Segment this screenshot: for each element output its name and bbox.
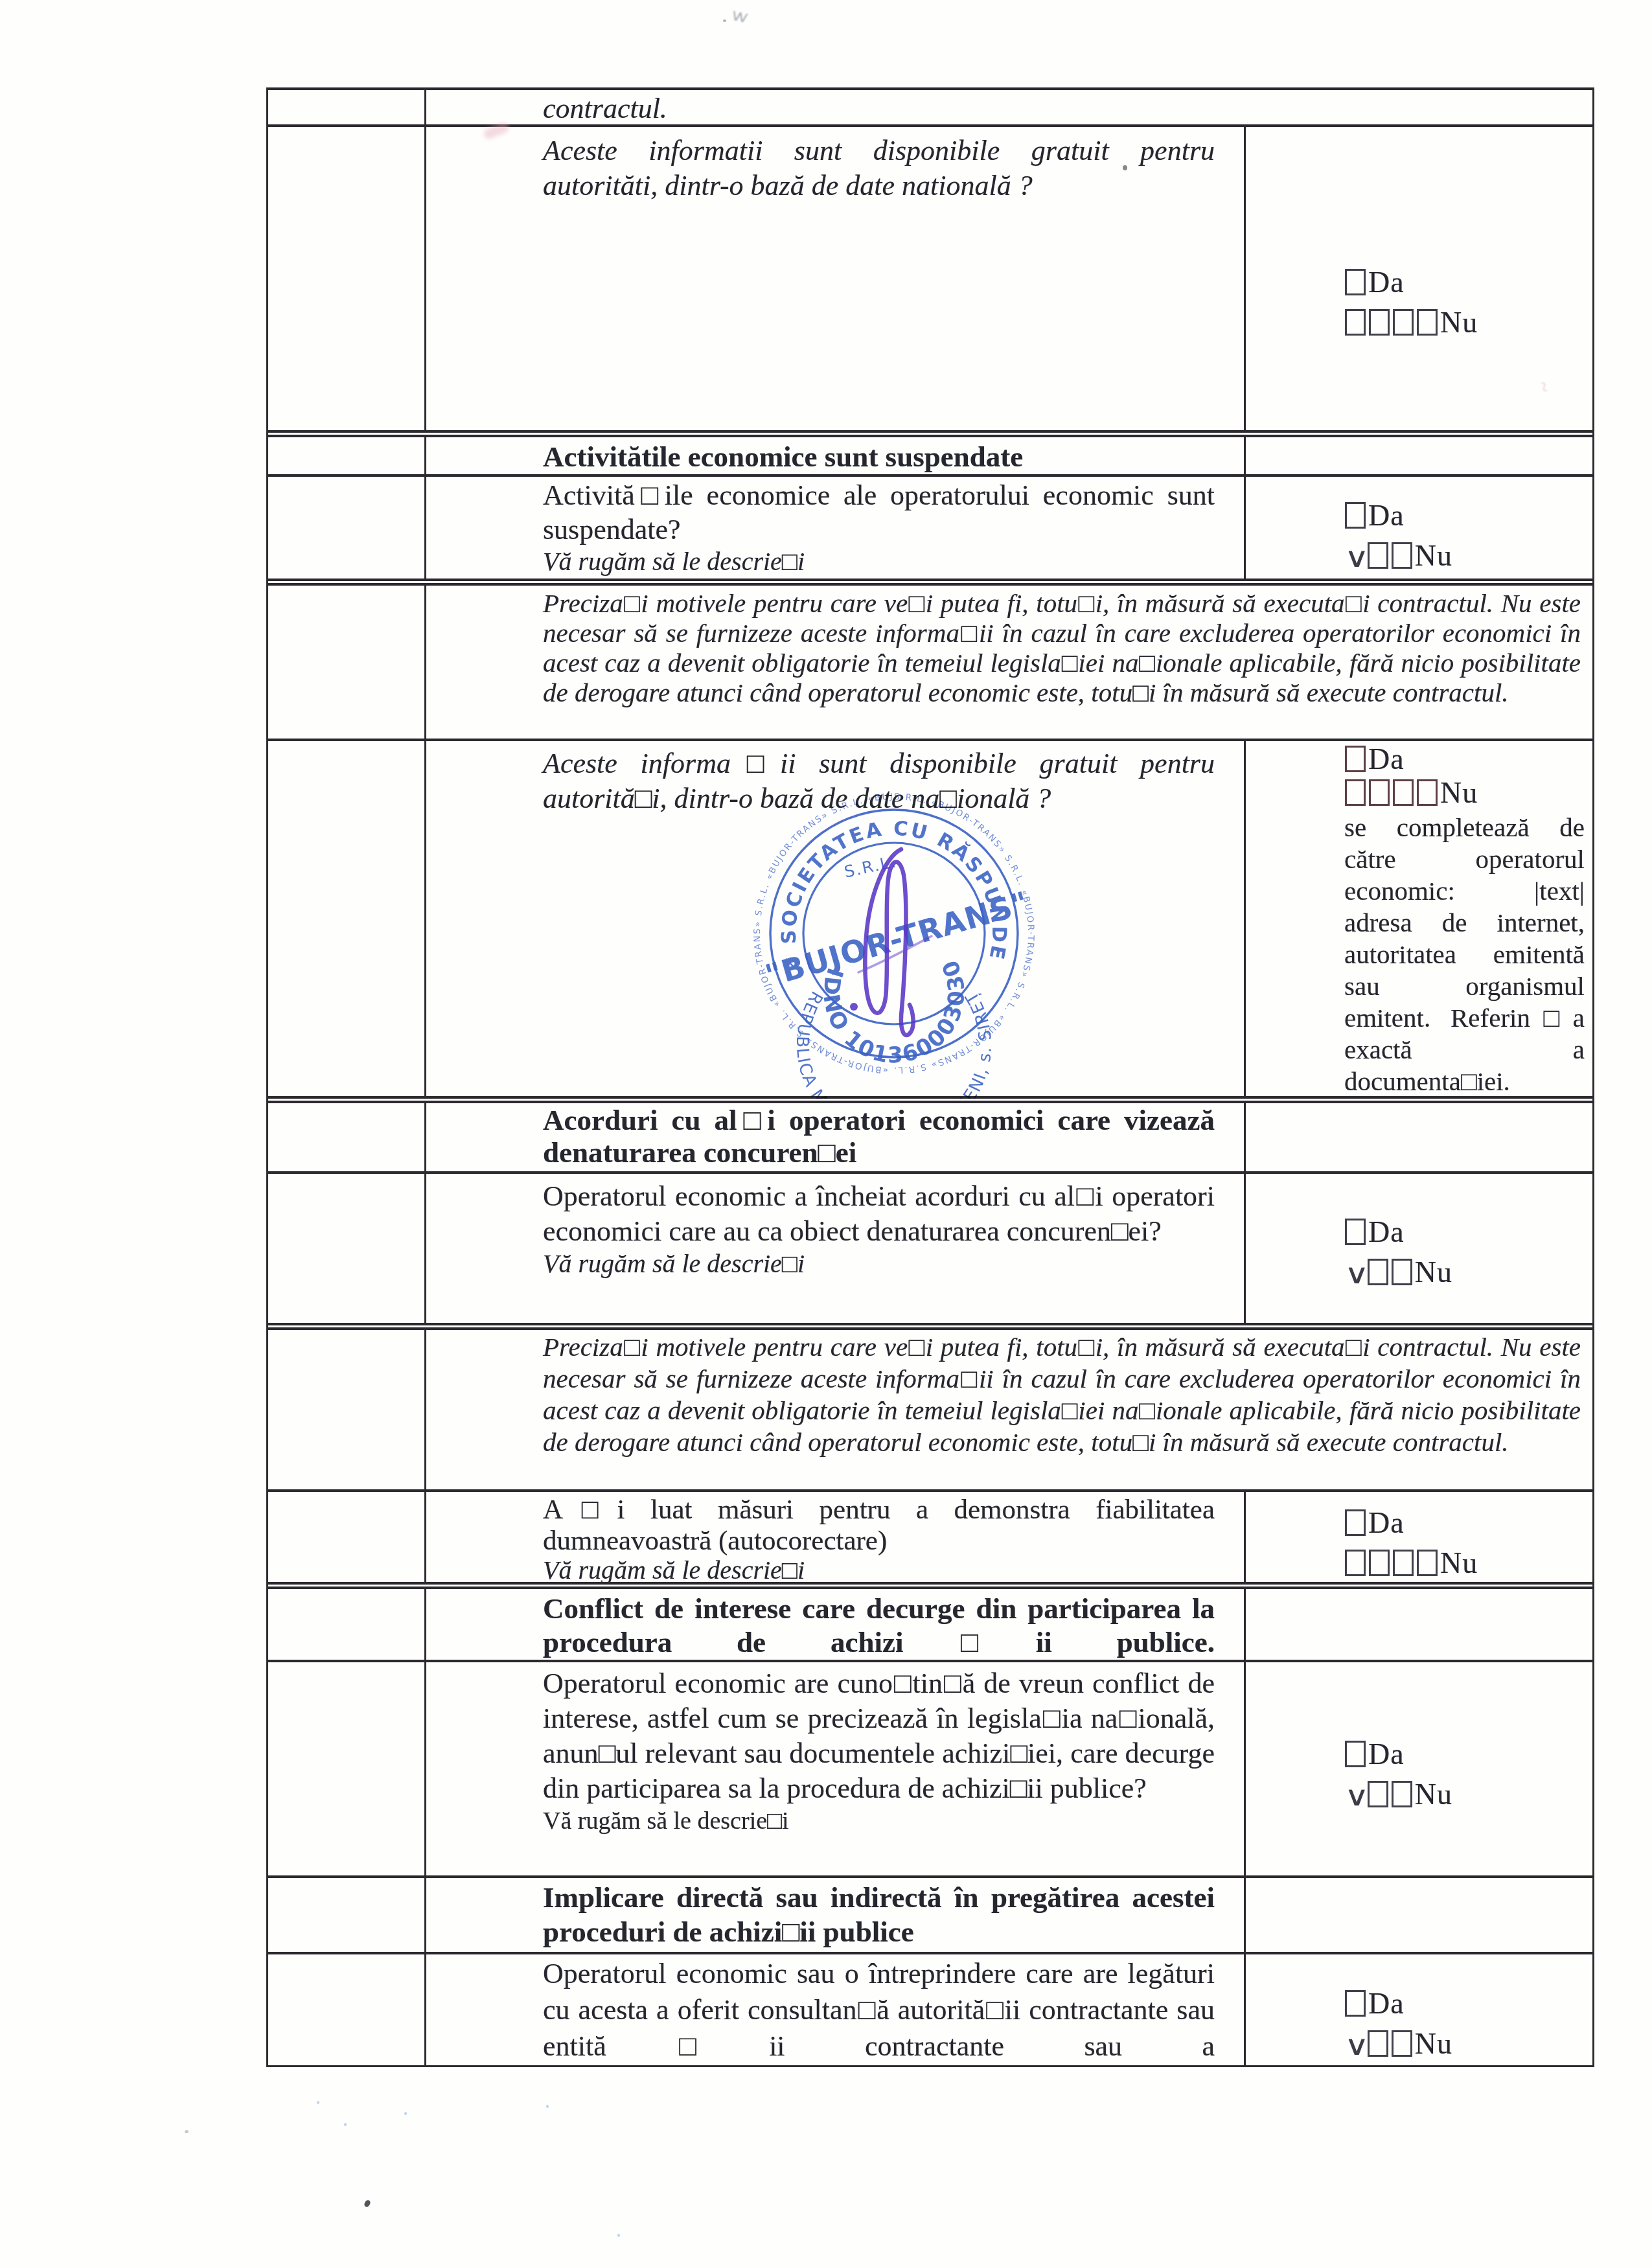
answer-cell: Da∨Nu (1246, 1174, 1592, 1323)
check-mark: ∨ (1344, 538, 1369, 577)
question-text: Operatorul economic sau o întreprindere … (543, 1956, 1215, 2065)
answer-label: Nu (1415, 2027, 1452, 2060)
checkbox (1417, 309, 1438, 336)
table-row: Conflict de interese care decurge din pa… (268, 1582, 1592, 1660)
checkbox (1345, 746, 1366, 772)
row-number-cell (268, 1330, 426, 1489)
answer-option-da: Da (1344, 496, 1585, 536)
checkbox (1368, 2030, 1388, 2057)
checkbox (1345, 1509, 1366, 1536)
answer-option-nu: Nu (1344, 777, 1585, 810)
answer-option-da: Da (1344, 1984, 1585, 2024)
scan-artifact-speck (363, 2199, 371, 2208)
answer-options: DaNu (1344, 743, 1585, 810)
answer-option-nu: ∨Nu (1344, 536, 1585, 577)
row-number-cell (268, 127, 426, 430)
answer-option-nu: ∨Nu (1344, 1775, 1585, 1815)
table-row: Operatorul economic a încheiat acorduri … (268, 1171, 1592, 1323)
answer-cell (1246, 1878, 1592, 1952)
answer-cell: DaNu (1246, 127, 1592, 430)
table-row: contractul. (268, 90, 1592, 124)
row-number-cell (268, 586, 426, 739)
question-cell: A□i luat măsuri pentru a demonstra fiabi… (426, 1492, 1246, 1582)
answer-option-nu: ∨Nu (1344, 1253, 1585, 1293)
answer-cell: Da∨Nu (1246, 1954, 1592, 2065)
cell-text: contractul. (426, 90, 1592, 124)
answer-option-da: Da (1344, 1504, 1585, 1544)
scan-artifact-speck (546, 2105, 549, 2108)
scan-artifact-mark: vv (731, 6, 756, 27)
question-note: Vă rugăm să le descrie□i (543, 1806, 1215, 1836)
check-mark: ∨ (1344, 1777, 1369, 1816)
checkbox (1369, 1550, 1390, 1576)
question-cell: Aceste informatii sunt disponibile gratu… (426, 127, 1246, 430)
question-text: Operatorul economic are cuno□tin□ă de vr… (543, 1666, 1215, 1806)
table-row: A□i luat măsuri pentru a demonstra fiabi… (268, 1489, 1592, 1582)
row-number-cell (268, 1492, 426, 1582)
question-note: Vă rugăm să le descrie□i (543, 1557, 1215, 1582)
table-row: Implicare directă sau indirectă în pregă… (268, 1875, 1592, 1952)
row-number-cell (268, 1589, 426, 1660)
answer-label: Da (1368, 1737, 1405, 1770)
answer-label: Da (1368, 1506, 1405, 1539)
row-number-cell (268, 90, 426, 124)
row-number-cell (268, 1662, 426, 1875)
table-row: Preciza□i motivele pentru care ve□i pute… (268, 1323, 1592, 1489)
checkbox (1345, 309, 1366, 336)
answer-label: Nu (1440, 1546, 1478, 1579)
checkbox (1345, 502, 1366, 529)
answer-cell (1246, 1589, 1592, 1660)
checkbox (1345, 269, 1366, 295)
answer-cell: Da∨Nu (1246, 477, 1592, 578)
scan-artifact-speck (317, 2101, 319, 2104)
row-number-cell (268, 1103, 426, 1171)
scan-artifact-dot (723, 19, 726, 22)
answer-option-nu: ∨Nu (1344, 2024, 1585, 2065)
answer-label: Nu (1440, 776, 1478, 809)
checkbox (1345, 1741, 1366, 1767)
checkbox (1393, 309, 1414, 336)
question-text: A□i luat măsuri pentru a demonstra fiabi… (543, 1495, 1215, 1557)
answer-label: Da (1368, 1215, 1405, 1248)
paragraph-text: Preciza□i motivele pentru care ve□i pute… (426, 586, 1592, 739)
answer-label: Nu (1440, 306, 1478, 339)
answer-label: Da (1368, 742, 1405, 775)
answer-option-da: Da (1344, 263, 1585, 303)
question-cell: Operatorul economic sau o întreprindere … (426, 1954, 1246, 2065)
checkbox (1392, 1781, 1412, 1807)
company-stamp: S.R.L. «BUJOR-TRANS» S.R.L. «BUJOR-TRANS… (739, 775, 1050, 1099)
checkbox (1345, 1990, 1366, 2017)
checkbox (1417, 779, 1438, 806)
answer-option-nu: Nu (1344, 303, 1585, 343)
check-mark: ∨ (1344, 2026, 1369, 2065)
scan-artifact-speck (617, 2234, 620, 2237)
table-row: Aceste informatii sunt disponibile gratu… (268, 124, 1592, 430)
answer-label: Nu (1415, 1778, 1452, 1811)
checkbox (1368, 1781, 1388, 1807)
question-text: Activită□ile economice ale operatorului … (543, 478, 1215, 547)
section-header: Activitătile economice sunt suspendate (426, 437, 1246, 474)
scan-artifact-speck (404, 2112, 407, 2115)
answer-option-da: Da (1344, 743, 1585, 777)
row-number-cell (268, 741, 426, 1096)
question-cell: Activită□ile economice ale operatorului … (426, 477, 1246, 578)
question-text: Operatorul economic a încheiat acorduri … (543, 1179, 1215, 1249)
table-row: Acorduri cu al□i operatori economici car… (268, 1096, 1592, 1171)
checkbox (1345, 779, 1366, 806)
question-cell: Operatorul economic a încheiat acorduri … (426, 1174, 1246, 1323)
answer-note: se completează de către operatorul econo… (1344, 812, 1585, 1096)
answer-cell: DaNu (1246, 1492, 1592, 1582)
answer-cell (1246, 437, 1592, 474)
checkbox (1392, 542, 1412, 569)
answer-label: Da (1368, 266, 1405, 299)
section-header: Implicare directă sau indirectă în pregă… (426, 1878, 1246, 1952)
table-row: Activitătile economice sunt suspendate (268, 430, 1592, 474)
answer-label: Da (1368, 499, 1405, 532)
answer-cell (1246, 1103, 1592, 1171)
row-number-cell (268, 437, 426, 474)
checkbox (1393, 1550, 1414, 1576)
scan-artifact-speck (344, 2123, 347, 2126)
answer-option-da: Da (1344, 1735, 1585, 1775)
checkbox (1393, 779, 1414, 806)
row-number-cell (268, 477, 426, 578)
scan-artifact-speck (185, 2130, 189, 2133)
checkbox (1417, 1550, 1438, 1576)
checkbox (1368, 1259, 1388, 1285)
row-number-cell (268, 1878, 426, 1952)
answer-label: Da (1368, 1987, 1405, 2020)
question-note: Vă rugăm să le descrie□i (543, 1249, 1215, 1279)
checkbox (1392, 1259, 1412, 1285)
answer-label: Nu (1415, 539, 1452, 572)
answer-option-da: Da (1344, 1213, 1585, 1253)
paragraph-text: Preciza□i motivele pentru care ve□i pute… (426, 1330, 1592, 1489)
table-row: Operatorul economic sau o întreprindere … (268, 1952, 1592, 2065)
question-note: Vă rugăm să le descrie□i (543, 547, 1215, 577)
checkbox (1345, 1219, 1366, 1245)
table-row: Preciza□i motivele pentru care ve□i pute… (268, 578, 1592, 739)
row-number-cell (268, 1174, 426, 1323)
answer-cell: DaNu se completează de către operatorul … (1246, 741, 1592, 1096)
answer-cell: Da∨Nu (1246, 1662, 1592, 1875)
answer-label: Nu (1415, 1255, 1452, 1289)
section-header: Conflict de interese care decurge din pa… (426, 1589, 1246, 1660)
checkbox (1369, 779, 1390, 806)
section-header: Acorduri cu al□i operatori economici car… (426, 1103, 1246, 1171)
row-number-cell (268, 1954, 426, 2065)
checkbox (1345, 1550, 1366, 1576)
table-row: Activită□ile economice ale operatorului … (268, 474, 1592, 578)
answer-option-nu: Nu (1344, 1544, 1585, 1582)
checkbox (1369, 309, 1390, 336)
checkbox (1368, 542, 1388, 569)
scanned-document-page: contractul. Aceste informatii sunt dispo… (0, 0, 1652, 2268)
checkbox (1392, 2030, 1412, 2057)
check-mark: ∨ (1344, 1255, 1369, 1294)
question-cell: Operatorul economic are cuno□tin□ă de vr… (426, 1662, 1246, 1875)
table-row: Operatorul economic are cuno□tin□ă de vr… (268, 1660, 1592, 1875)
question-text: Aceste informatii sunt disponibile gratu… (543, 133, 1215, 203)
